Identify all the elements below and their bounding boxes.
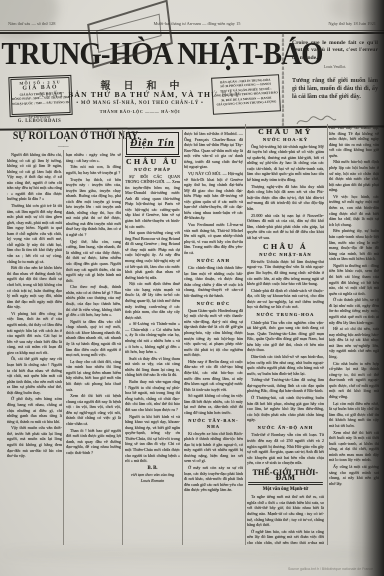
paragraph: Người đời không tin điều chi, không có c… (7, 152, 62, 202)
paragraph: Nội các mới định thêm thuế vào các hạng … (125, 281, 180, 320)
notice-lines: BẢN-QUÁN : NHÀ IN TRUNG-HÒASỐ 36 PHỐ NHÀ… (212, 77, 279, 108)
paragraph: Ta nghe tiếng mới mà thử xét thế ru, cái… (247, 494, 324, 527)
header-rule-thick (0, 32, 384, 34)
handwritten-mark-icon (295, 114, 337, 128)
paragraph: bạn nhiều : ngày công lên sẽ tăng : cái … (66, 152, 121, 163)
paragraph: Vua Ferdinand nước Lỗ-ma-ni vừa mới thăn… (184, 222, 243, 255)
continent-heading: CHÂU Á (247, 244, 324, 250)
news-column-america-asia: CHÂU MỸNƯỚC HOA-KỲÔng bộ-trưởng bộ tài-c… (247, 125, 324, 545)
paragraph: Ở mấy nơi còn xảy ra sự rối loạn, các th… (184, 465, 243, 493)
director-block: Le Directeur G. LEBOURDAIS (11, 114, 68, 125)
country-heading: NƯỚC ĐỨC (184, 301, 243, 307)
price-box: MỖI SỐ : 3 XU GIÁ BÁO GIÁ BÁO TRONG MỘT … (10, 77, 70, 115)
country-heading: NƯỚC ANH (184, 258, 243, 264)
column-rule (327, 124, 328, 545)
paragraph: Xem đó thì biết cái bệnh chung của người… (66, 393, 121, 426)
telegraph-label: Điện Tín (130, 141, 174, 147)
paragraph: Suốt cả thảy đều vì lòng tham mà sinh ra… (125, 356, 180, 378)
header-rule-thin (0, 30, 384, 31)
scan-stain (36, 250, 90, 346)
telegraph-box: Điện Tín (126, 132, 179, 155)
paragraph: Quan Giám-quốc Hindenburg đã ký một chỉ-… (184, 308, 243, 358)
scan-stain (0, 0, 58, 40)
paragraph: Hiện nay ở Berlin đang có cuộc đấu-xảo v… (184, 359, 243, 392)
headline-ornament: —·— (45, 145, 81, 150)
paragraph: Truyện họ thích, có bốn truyện này : tru… (66, 177, 121, 238)
paragraph: « Sĩ-Lương và Thành-môn » — Chúa-nhật : … (125, 321, 180, 354)
notice-box: BẢN-QUÁN : NHÀ IN TRUNG-HÒASỐ 36 PHỐ NHÀ… (211, 74, 281, 114)
telegraph-column-content: CHÂU ÂUNƯỚC PHÁPSỰ ĐỔI CÁC QUAN TRONG CH… (125, 159, 180, 484)
box-text-line: NGOẠI-QUỐC : 7$00 — SÁU THÁNG 3$60 (12, 100, 69, 107)
paragraph: Tướng-chế Trương-tác-Lâm đã xưng làm đại… (247, 377, 324, 394)
paragraph: Buồn thay mà văn-ngạn rằng ! Người ta ch… (125, 379, 180, 412)
paragraph: Lạ thay cho cái thói đời, càng văn minh … (66, 359, 121, 392)
country-heading: NƯỚC TRUNG-HOA (247, 312, 324, 318)
paragraph: 25.000 nhà cửa bị nạn lụt ở Nouvelle-Orl… (247, 213, 324, 241)
column-rule (182, 130, 183, 545)
paragraph: SỰ ĐỔI CÁC QUAN TRONG CHÍNH-GIỚI. — Xem … (125, 174, 180, 229)
paragraph: Người ta khi biết kính vì và hằng khao v… (125, 414, 180, 464)
country-heading: NƯỚC PHÁP (125, 167, 180, 173)
telegraph-column: Điện Tín CHÂU ÂUNƯỚC PHÁPSỰ ĐỔI CÁC QUAN… (125, 131, 180, 545)
paragraph: Hai quan thủ-tướng cùng với ông Paul Bon… (125, 230, 180, 280)
paragraph: Chính-phủ đã định rõ chính-sách về thuộc… (247, 288, 324, 310)
scan-stain (200, 400, 270, 460)
paragraph: Thượng nghị-viện đã bàn hầu duy nhất địn… (247, 184, 324, 212)
paragraph: Than ôi ! biết bao giờ người đời mới tỉn… (66, 428, 121, 456)
director-name: G. LEBOURDAIS (11, 119, 68, 125)
paragraph: Vậy thời muốn cứu vãn thời-thế, trước hế… (7, 425, 62, 458)
column-rule (245, 124, 246, 545)
library-stamp-inner (96, 14, 161, 53)
paragraph: Tiền nói mà con, là đông người, họ hay b… (66, 164, 121, 175)
paragraph: được bổ làm sứ-thần ở Madrid. — Ông Fran… (184, 131, 243, 170)
feature-column-1: Người đời không tin điều chi, không có c… (7, 152, 62, 545)
paragraph: Dân-tình các tỉnh khổ-sở về nạn binh-đao… (247, 354, 324, 376)
paragraph: Ôi, cái thế giới ngày nay rối loạn biết … (7, 356, 62, 395)
paragraph: Bá-tước Uchida được bổ làm thượng-thư ng… (247, 259, 324, 287)
subscription-rates: GIÁ BÁO TRONG MỘT NĂMĐÔNG-PHÁP : 5$00 — … (12, 91, 69, 107)
news-column-europe-2: được bổ làm sứ-thần ở Madrid. — Ông Fran… (184, 131, 243, 545)
chain-ornament: 8 8 8 8 8 8 8 8 8 8 8 8 8 8 8 8 8 8 8 8 (279, 34, 287, 128)
column-subheading: Một văn ông Mạnh-tử (247, 487, 324, 493)
feature-headline: SỰ RỐI LOẠN Ở THỜI NAY. (13, 130, 113, 143)
country-heading: NƯỚC NHẬT-BẢN (247, 252, 324, 258)
continent-heading: CHÂU MỸ (247, 129, 324, 135)
column-rule (63, 150, 64, 545)
feature-column-2: bạn nhiều : ngày công lên sẽ tăng : cái … (66, 152, 121, 545)
paragraph: Ông bộ-trưởng bộ tài-chính ngân-hàng Mỹ … (247, 144, 324, 183)
paragraph: VỤ NÀY CÓ MÙI. — Hội-nghị về Sách-Di kha… (184, 171, 243, 221)
column-rule (122, 130, 123, 545)
paragraph: Chính-phủ Tàu vẫn còn nghiêm cấm vận-tải… (247, 320, 324, 353)
paragraph: Ở phố thấy, nên hàng xóm đồng bang với n… (7, 396, 62, 424)
newspaper-page: Năm thứ sáu — số thứ 128 Mười-hai tháng … (0, 0, 384, 576)
credit-line: viết tạm theo văn của ông Louis Romain (125, 472, 180, 483)
paragraph: Ở nghề làm báo, các nhà viết báo ta cũng… (247, 529, 324, 545)
column-heading: THẾ-GIỚI THỜI-ĐÀM (248, 470, 323, 485)
continent-heading: CHÂU ÂU (125, 159, 180, 165)
paragraph: Các chính-đảng tính thành liên-lạc làm m… (184, 265, 243, 298)
scan-stain (0, 548, 384, 560)
page-edge-shadow (348, 0, 384, 576)
author-initials: B. B. (125, 466, 180, 472)
country-heading: NƯỚC HOA-KỲ (247, 137, 324, 143)
scan-stain (90, 60, 210, 84)
